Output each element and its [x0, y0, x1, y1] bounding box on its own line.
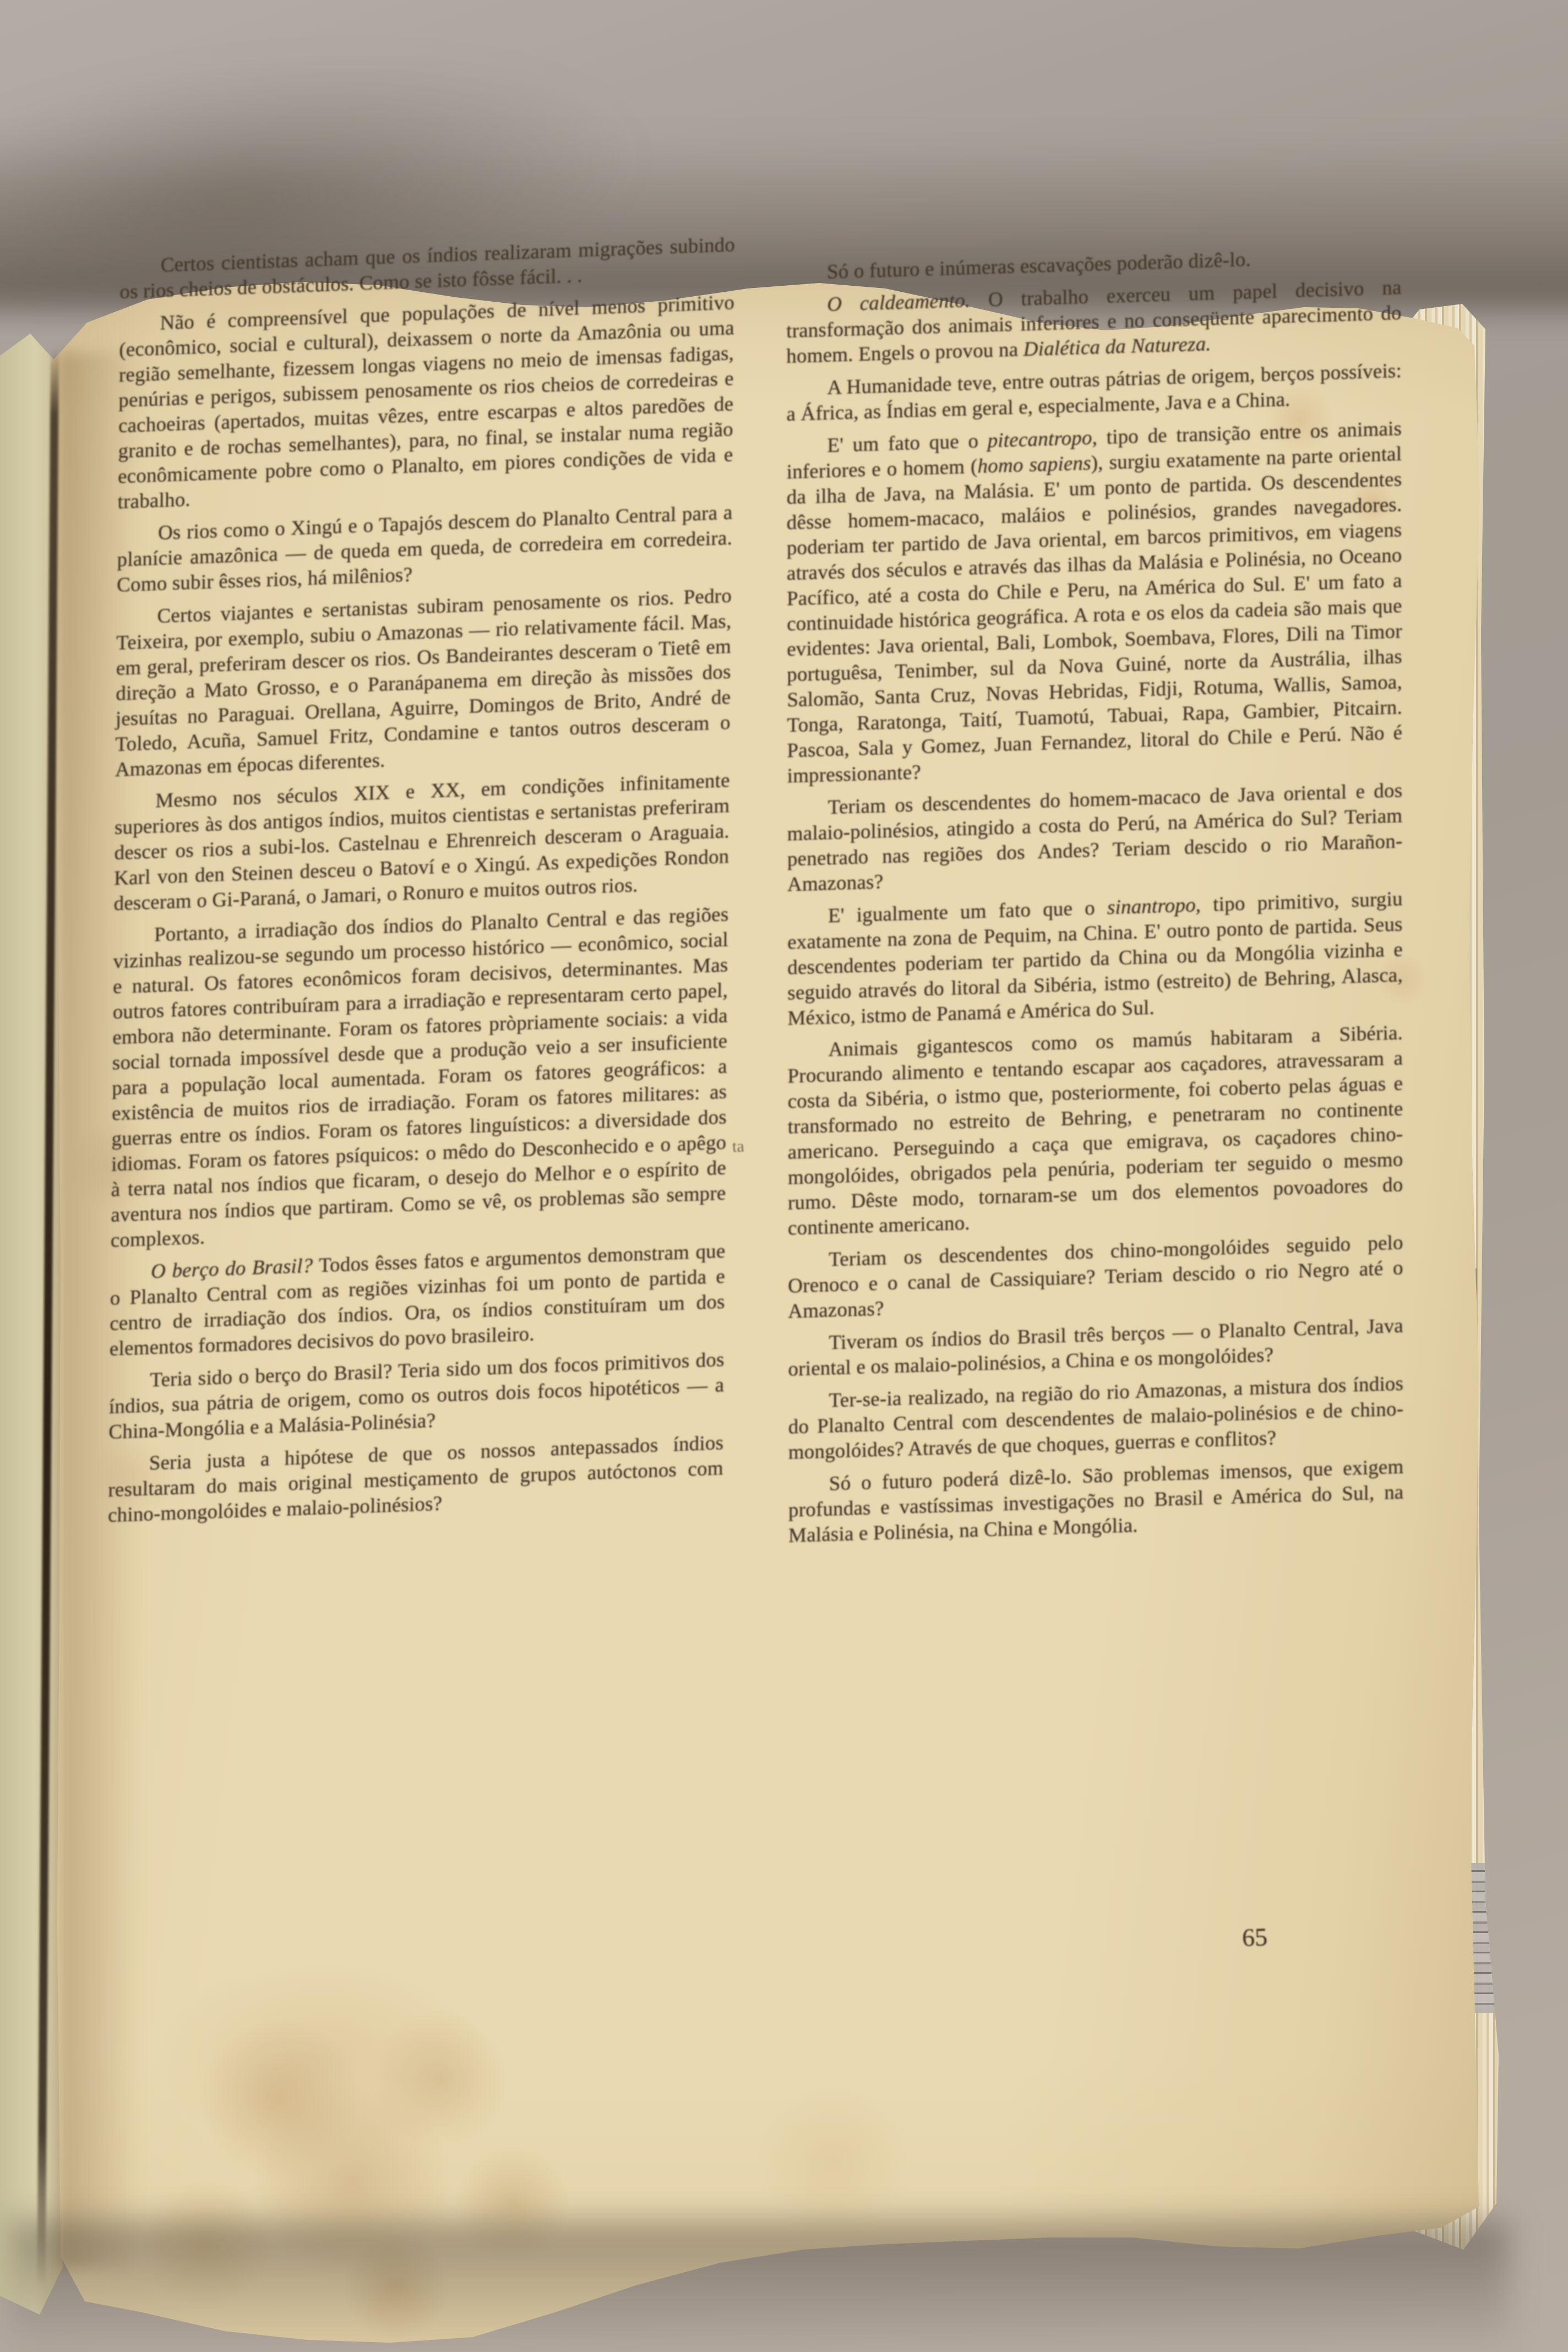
- paragraph: Os rios como o Xingú e o Tapajós descem …: [117, 500, 733, 598]
- stray-print-mark: ta: [732, 1137, 744, 1157]
- paragraph: Portanto, a irradiação dos índios do Pla…: [111, 902, 729, 1254]
- printed-text-layer: Certos cientistas acham que os índios re…: [0, 0, 1568, 2352]
- paragraph: Tiveram os índios do Brasil três berços …: [788, 1314, 1403, 1382]
- paragraph: Só o futuro poderá dizê-lo. São problema…: [788, 1455, 1404, 1549]
- paragraph: Teriam os descendentes do homem-macaco d…: [787, 778, 1403, 897]
- right-text-column: Só o futuro e inúmeras escavações poderã…: [786, 243, 1404, 1556]
- paragraph: O caldeamento. O trabalho exerceu um pap…: [786, 275, 1402, 369]
- paragraph: Não é compreensível que populações de ní…: [117, 290, 734, 515]
- paragraph: O berço do Brasil? Todos êsses fatos e a…: [110, 1239, 726, 1362]
- photo-backdrop: Certos cientistas acham que os índios re…: [0, 0, 1568, 2352]
- paragraph: Mesmo nos séculos XIX e XX, em condições…: [113, 768, 729, 917]
- left-text-column: Certos cientistas acham que os índios re…: [108, 232, 736, 1536]
- paragraph: E' igualmente um fato que o sinantropo, …: [787, 886, 1403, 1031]
- paragraph: Ter-se-ia realizado, na região do rio Am…: [788, 1371, 1404, 1466]
- paragraph: A Humanidade teve, entre outras pátrias …: [786, 358, 1402, 427]
- paragraph: Animais gigantescos como os mamús habita…: [787, 1020, 1403, 1241]
- paragraph: Certos viajantes e sertanistas subiram p…: [115, 584, 732, 783]
- paragraph: E' um fato que o pitecantropo, tipo de t…: [787, 416, 1403, 789]
- page-number: 65: [1242, 1922, 1267, 1952]
- paragraph: Teriam os descendentes dos chino-mongoló…: [788, 1231, 1403, 1325]
- paragraph: Teria sido o berço do Brasil? Teria sido…: [108, 1347, 725, 1445]
- paragraph: Seria justa a hipótese de que os nossos …: [108, 1430, 724, 1528]
